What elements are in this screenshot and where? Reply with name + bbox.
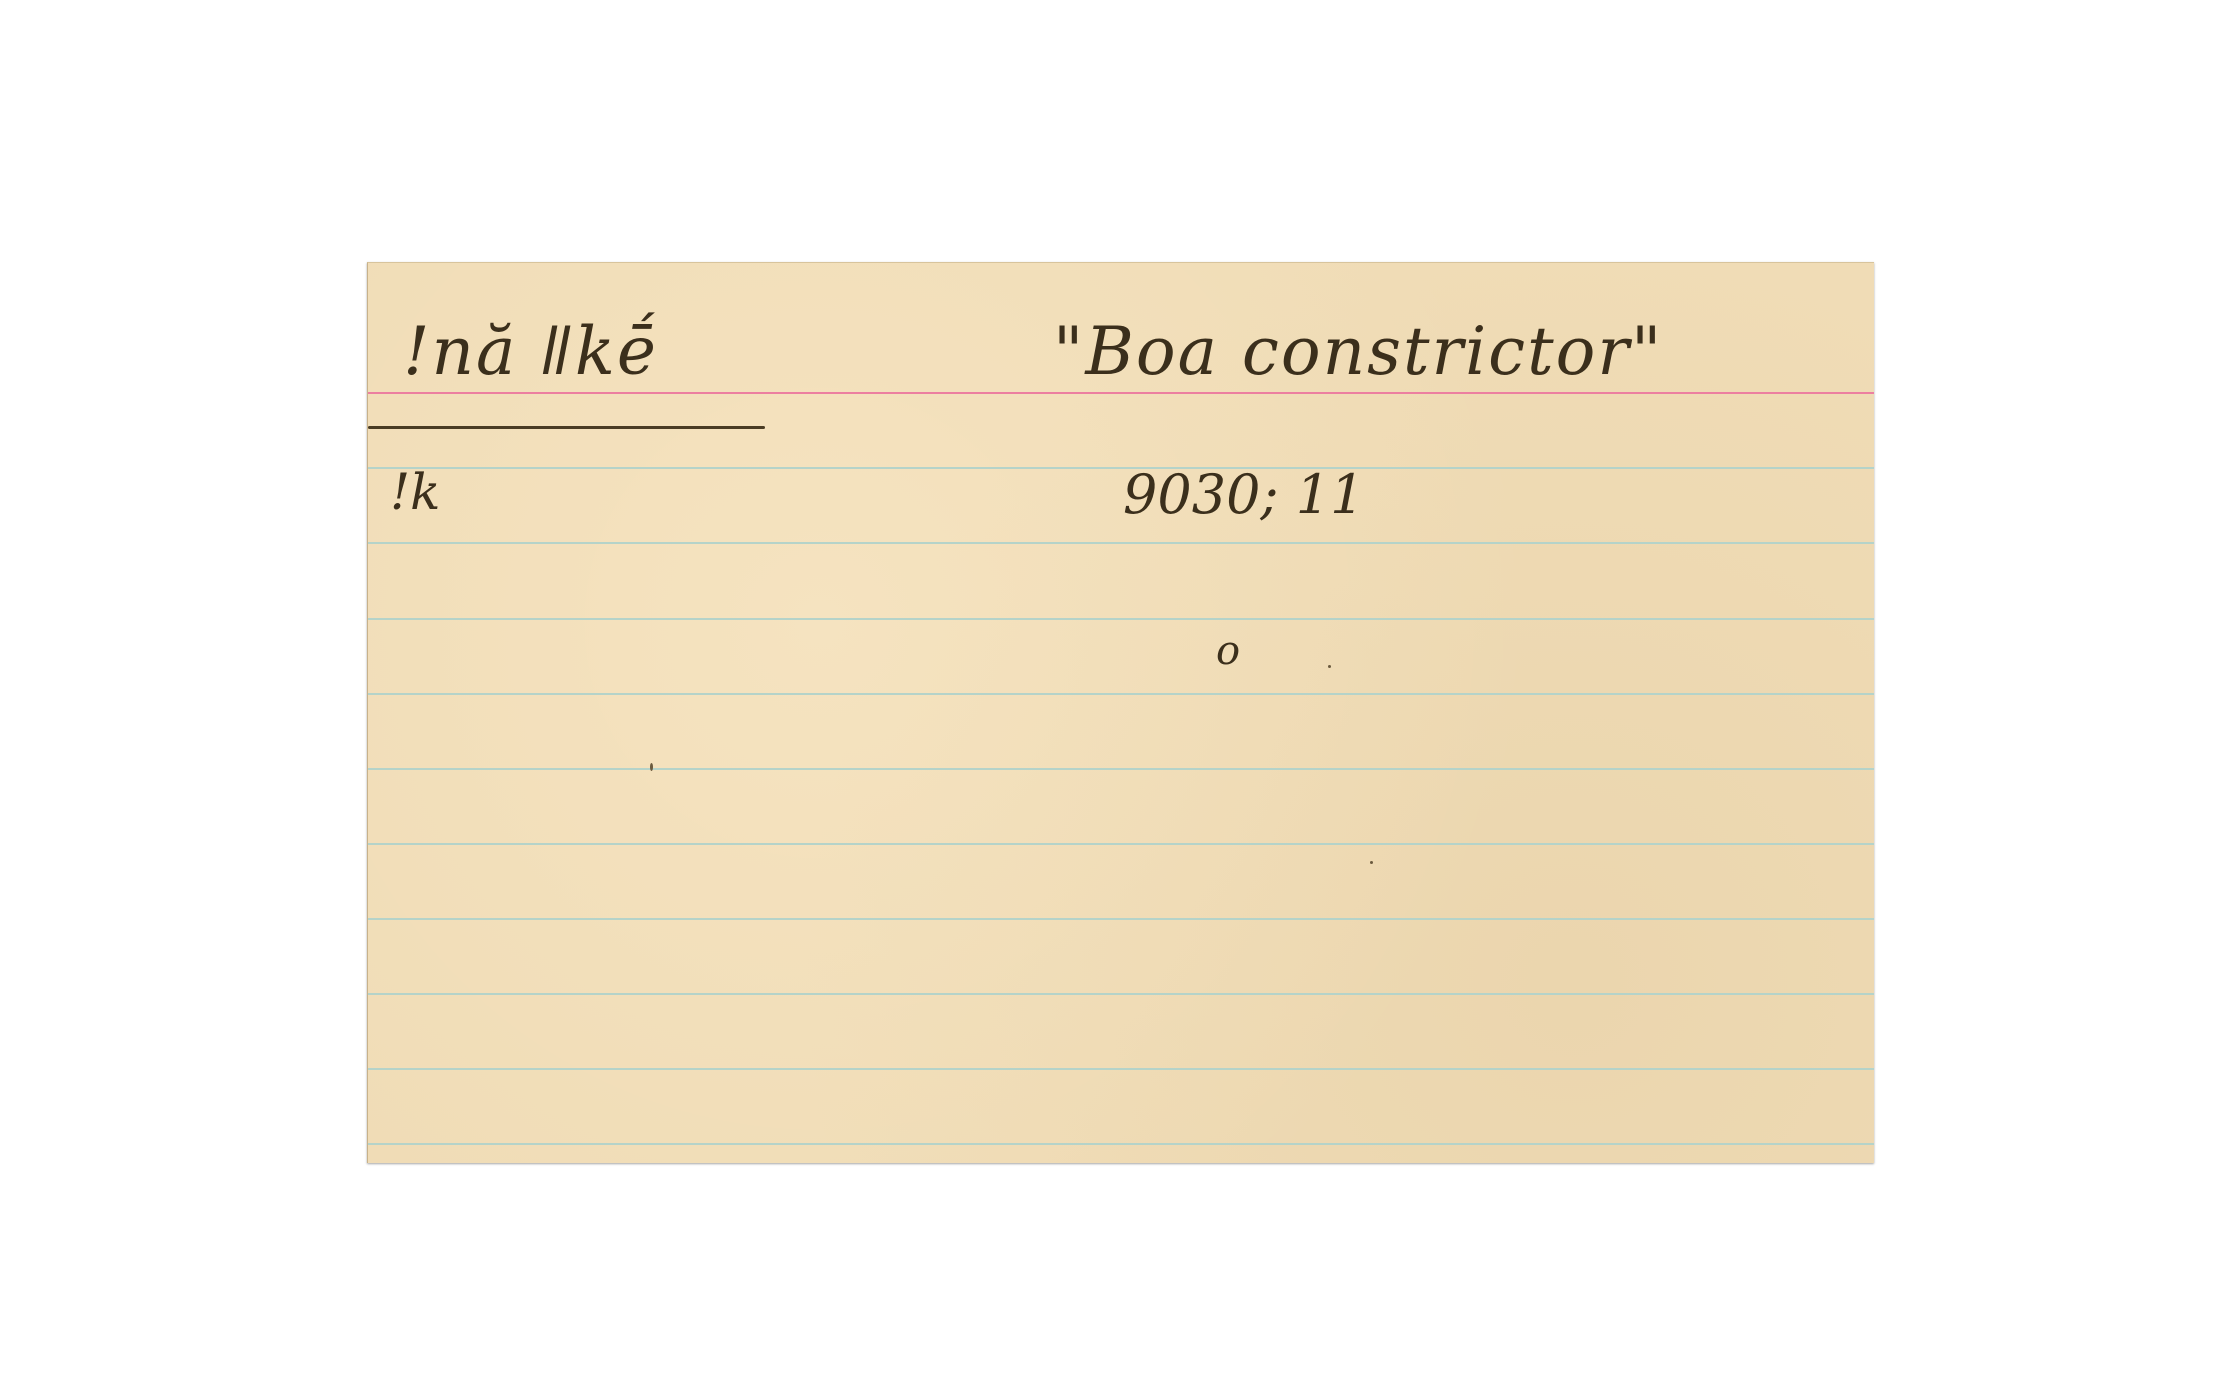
- ruled-line: [368, 693, 1874, 695]
- ruled-line: [368, 467, 1874, 469]
- ruled-line: [368, 918, 1874, 920]
- ruled-line: [368, 1143, 1874, 1145]
- header-rule: [368, 392, 1874, 394]
- ruled-line: [368, 618, 1874, 620]
- term-underline: [368, 426, 765, 429]
- ruled-line: [368, 542, 1874, 544]
- term-heading: !nă ǁkḗ: [403, 313, 658, 390]
- paper-speck: [1370, 861, 1373, 864]
- index-card: !nă ǁkḗ "Boa constrictor" !k 9030; 11 o: [367, 262, 1874, 1163]
- ruled-line: [368, 768, 1874, 770]
- ruled-line: [368, 843, 1874, 845]
- reference-number: 9030; 11: [1123, 463, 1365, 526]
- ruled-line: [368, 993, 1874, 995]
- translation-heading: "Boa constrictor": [1053, 313, 1663, 390]
- paper-speck: [1328, 665, 1331, 668]
- paper-speck: [650, 763, 653, 771]
- ruled-line: [368, 1068, 1874, 1070]
- speaker-code: !k: [390, 463, 440, 521]
- small-mark: o: [1216, 628, 1240, 674]
